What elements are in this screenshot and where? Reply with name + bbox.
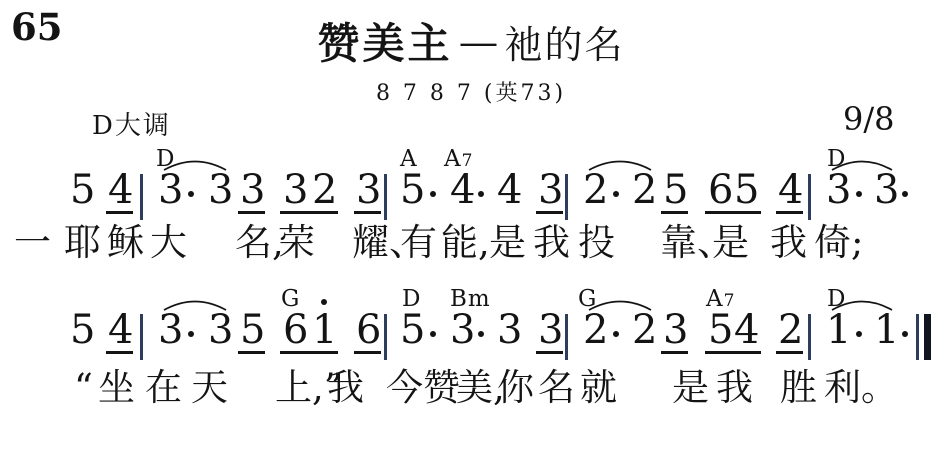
lyric-syllable: 胜 (780, 369, 817, 408)
hymn-title: 赞美主—祂的名 (0, 11, 942, 71)
note: 2 (632, 310, 657, 350)
lyrics-line-1: 一耶稣大名,荣耀、有能,是我投靠、是我倚; (0, 224, 942, 270)
lyric-syllable: 今 (386, 369, 423, 408)
lyric-syllable: 大 (150, 224, 187, 263)
lyric-syllable: 是 (712, 224, 749, 263)
note: 3 (208, 310, 233, 350)
lyric-syllable: 坐 (98, 369, 135, 408)
beam-underline (536, 211, 563, 214)
lyric-syllable: 我 (533, 224, 570, 263)
chord-label: A7 (706, 288, 735, 311)
lyric-syllable: 是 (672, 369, 709, 408)
augmentation-dot (430, 331, 436, 337)
note: 3 (874, 170, 899, 210)
note: 3 (158, 310, 183, 350)
augmentation-dot (478, 191, 484, 197)
lyric-syllable: 荣 (278, 224, 315, 263)
augmentation-dot (188, 191, 194, 197)
augmentation-dot (188, 331, 194, 337)
chord-label: D (827, 288, 846, 311)
lyric-syllable: 倚; (814, 224, 863, 263)
beam-underline (536, 351, 563, 354)
final-barline-thin (916, 314, 919, 360)
note: 3 (240, 170, 265, 210)
note: 1 (312, 310, 337, 350)
chord-label: Bm (450, 288, 491, 311)
note: 5 (708, 310, 733, 350)
lyric-syllable: 赞 (423, 369, 460, 408)
note: 5 (70, 310, 95, 350)
augmentation-dot (613, 331, 619, 337)
note: 3 (356, 170, 381, 210)
note: 4 (108, 310, 133, 350)
beam-underline (238, 211, 265, 214)
note: 1 (826, 310, 851, 350)
note: 3 (663, 310, 688, 350)
note: 5 (400, 310, 425, 350)
chord-label: D (402, 288, 421, 311)
augmentation-dot (478, 331, 484, 337)
lyric-syllable: 利。 (824, 369, 898, 408)
chord-label: A (400, 148, 418, 171)
beam-underline (238, 351, 265, 354)
final-barline-thick (924, 314, 931, 360)
lyric-syllable: 耶 (64, 224, 101, 263)
lyric-syllable: 是 (489, 224, 526, 263)
note: 3 (538, 170, 563, 210)
time-signature: 9/8 (843, 100, 895, 138)
note: 4 (778, 170, 803, 210)
note: 2 (583, 170, 608, 210)
note: 4 (450, 170, 475, 210)
lyric-syllable: 名 (538, 369, 575, 408)
lyric-syllable: 在 (145, 369, 182, 408)
barline (384, 174, 387, 220)
lyric-syllable: “ (74, 369, 93, 408)
note: 5 (70, 170, 95, 210)
beam-underline (661, 211, 688, 214)
title-subtitle: 祂的名 (505, 25, 625, 67)
note: 2 (778, 310, 803, 350)
lyric-syllable: 我 (770, 224, 807, 263)
barline (808, 314, 811, 360)
chord-seventh: 7 (724, 291, 736, 311)
note: 3 (497, 310, 522, 350)
note: 2 (312, 170, 337, 210)
title-main: 赞美主 (317, 20, 452, 67)
beam-underline (354, 211, 381, 214)
chord-label: D (156, 148, 175, 171)
hymn-sheet-page: 65 赞美主—祂的名 8 7 8 7 (英73) D大调 9/8 5433332… (0, 0, 942, 460)
beam-underline (280, 211, 338, 214)
barline (808, 174, 811, 220)
beam-underline (776, 351, 803, 354)
lyric-syllable: 能, (441, 224, 490, 263)
barline (140, 174, 143, 220)
chord-label: A7 (444, 148, 473, 171)
augmentation-dot (430, 191, 436, 197)
music-line-2: 54335616533322354211GDBmGA7D (0, 310, 942, 370)
lyric-syllable: 我 (716, 369, 753, 408)
note: 3 (283, 170, 308, 210)
lyric-syllable: 就 (580, 369, 617, 408)
augmentation-dot (902, 331, 908, 337)
lyric-syllable: 一 (14, 224, 51, 263)
lyrics-line-2: “坐在天上,”我今赞美,你名就是我胜利。 (0, 369, 942, 415)
beam-underline (661, 351, 688, 354)
slur (162, 297, 228, 313)
note: 4 (108, 170, 133, 210)
note: 6 (708, 170, 733, 210)
note: 4 (497, 170, 522, 210)
chord-label: D (827, 148, 846, 171)
augmentation-dot (613, 191, 619, 197)
note: 2 (632, 170, 657, 210)
augmentation-dot (856, 191, 862, 197)
note: 5 (240, 310, 265, 350)
chord-label: G (281, 288, 300, 311)
note: 6 (283, 310, 308, 350)
note: 6 (356, 310, 381, 350)
barline (384, 314, 387, 360)
octave-dot (321, 299, 327, 305)
note: 3 (538, 310, 563, 350)
chord-label: G (578, 288, 597, 311)
note: 3 (450, 310, 475, 350)
beam-underline (705, 211, 761, 214)
lyric-syllable: 你 (497, 369, 534, 408)
barline (565, 314, 568, 360)
augmentation-dot (902, 191, 908, 197)
meter-info: 8 7 8 7 (英73) (0, 76, 942, 107)
title-dash: — (461, 21, 497, 62)
note: 3 (826, 170, 851, 210)
lyric-syllable: 名, (235, 224, 284, 263)
barline (565, 174, 568, 220)
note: 5 (734, 170, 759, 210)
chord-seventh: 7 (462, 151, 474, 171)
beam-underline (106, 211, 133, 214)
augmentation-dot (856, 331, 862, 337)
barline (140, 314, 143, 360)
beam-underline (354, 351, 381, 354)
note: 4 (734, 310, 759, 350)
lyric-syllable: 投 (578, 224, 615, 263)
lyric-syllable: 有 (400, 224, 437, 263)
lyric-syllable: 稣 (107, 224, 144, 263)
beam-underline (280, 351, 338, 354)
beam-underline (106, 351, 133, 354)
note: 5 (400, 170, 425, 210)
note: 1 (874, 310, 899, 350)
key-signature: D大调 (92, 105, 171, 142)
note: 5 (663, 170, 688, 210)
note: 3 (158, 170, 183, 210)
beam-underline (776, 211, 803, 214)
note: 3 (208, 170, 233, 210)
beam-underline (705, 351, 761, 354)
lyric-syllable: 我 (327, 369, 364, 408)
lyric-syllable: 天 (191, 369, 228, 408)
slur (587, 157, 653, 173)
note: 2 (583, 310, 608, 350)
